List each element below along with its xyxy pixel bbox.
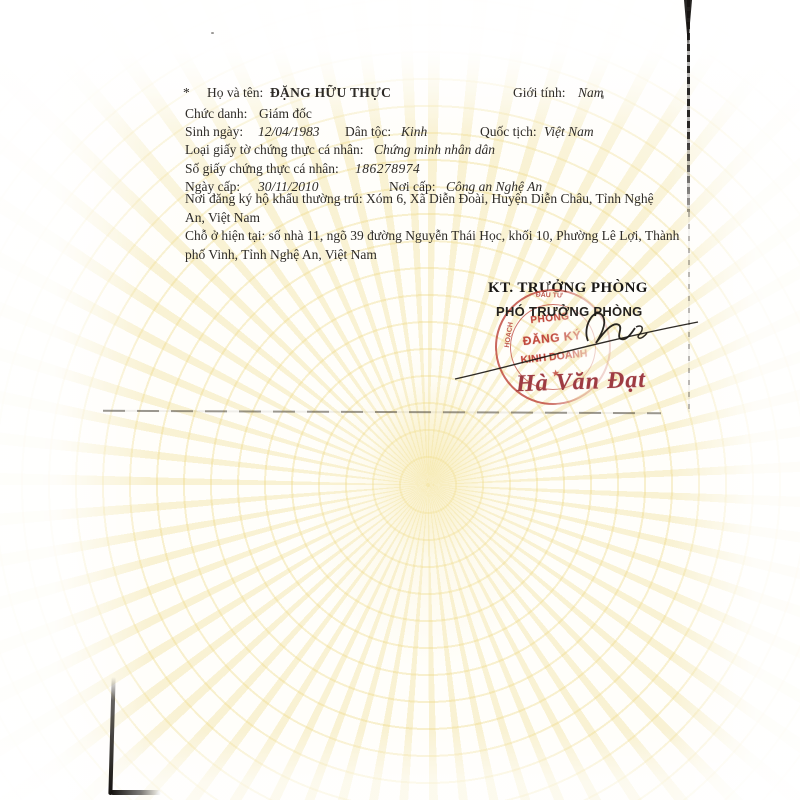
dob-value: 12/04/1983 bbox=[258, 123, 320, 141]
address-label: Chỗ ở hiện tại: bbox=[185, 228, 265, 243]
address-paragraph: Chỗ ở hiện tại: số nhà 11, ngõ 39 đường … bbox=[185, 227, 687, 264]
scan-speck bbox=[211, 32, 214, 34]
scan-speck bbox=[601, 95, 604, 99]
fold-crease-bottom-left-horizontal bbox=[111, 790, 161, 795]
residence-paragraph: Nơi đăng ký hộ khẩu thường trú: Xóm 6, X… bbox=[185, 190, 669, 227]
title-label: Chức danh: bbox=[185, 105, 247, 123]
scanned-certificate-page: * Họ và tên: ĐẶNG HỮU THỰC Giới tính: Na… bbox=[0, 0, 800, 800]
fold-crease-bottom-left-vertical bbox=[108, 677, 115, 795]
id-number-value: 186278974 bbox=[355, 160, 420, 178]
name-label: Họ và tên: bbox=[207, 84, 263, 102]
gender-label: Giới tính: bbox=[513, 84, 566, 102]
name-value: ĐẶNG HỮU THỰC bbox=[270, 84, 391, 102]
ethnicity-value: Kinh bbox=[401, 123, 427, 141]
gender-value: Nam bbox=[578, 84, 604, 102]
fold-crease-horizontal bbox=[103, 410, 661, 414]
nationality-label: Quốc tịch: bbox=[480, 123, 537, 141]
fold-crease-vertical-top bbox=[687, 0, 690, 212]
id-number-label: Số giấy chứng thực cá nhân: bbox=[185, 160, 339, 178]
title-value: Giám đốc bbox=[259, 105, 312, 123]
id-type-value: Chứng minh nhân dân bbox=[374, 141, 495, 159]
dob-label: Sinh ngày: bbox=[185, 123, 243, 141]
signer-name: Hà Văn Đạt bbox=[516, 367, 647, 399]
residence-label: Nơi đăng ký hộ khẩu thường trú: bbox=[185, 191, 363, 206]
asterisk-mark: * bbox=[183, 84, 190, 102]
nationality-value: Việt Nam bbox=[544, 123, 594, 141]
id-type-label: Loại giấy tờ chứng thực cá nhân: bbox=[185, 141, 363, 159]
ethnicity-label: Dân tộc: bbox=[345, 123, 391, 141]
